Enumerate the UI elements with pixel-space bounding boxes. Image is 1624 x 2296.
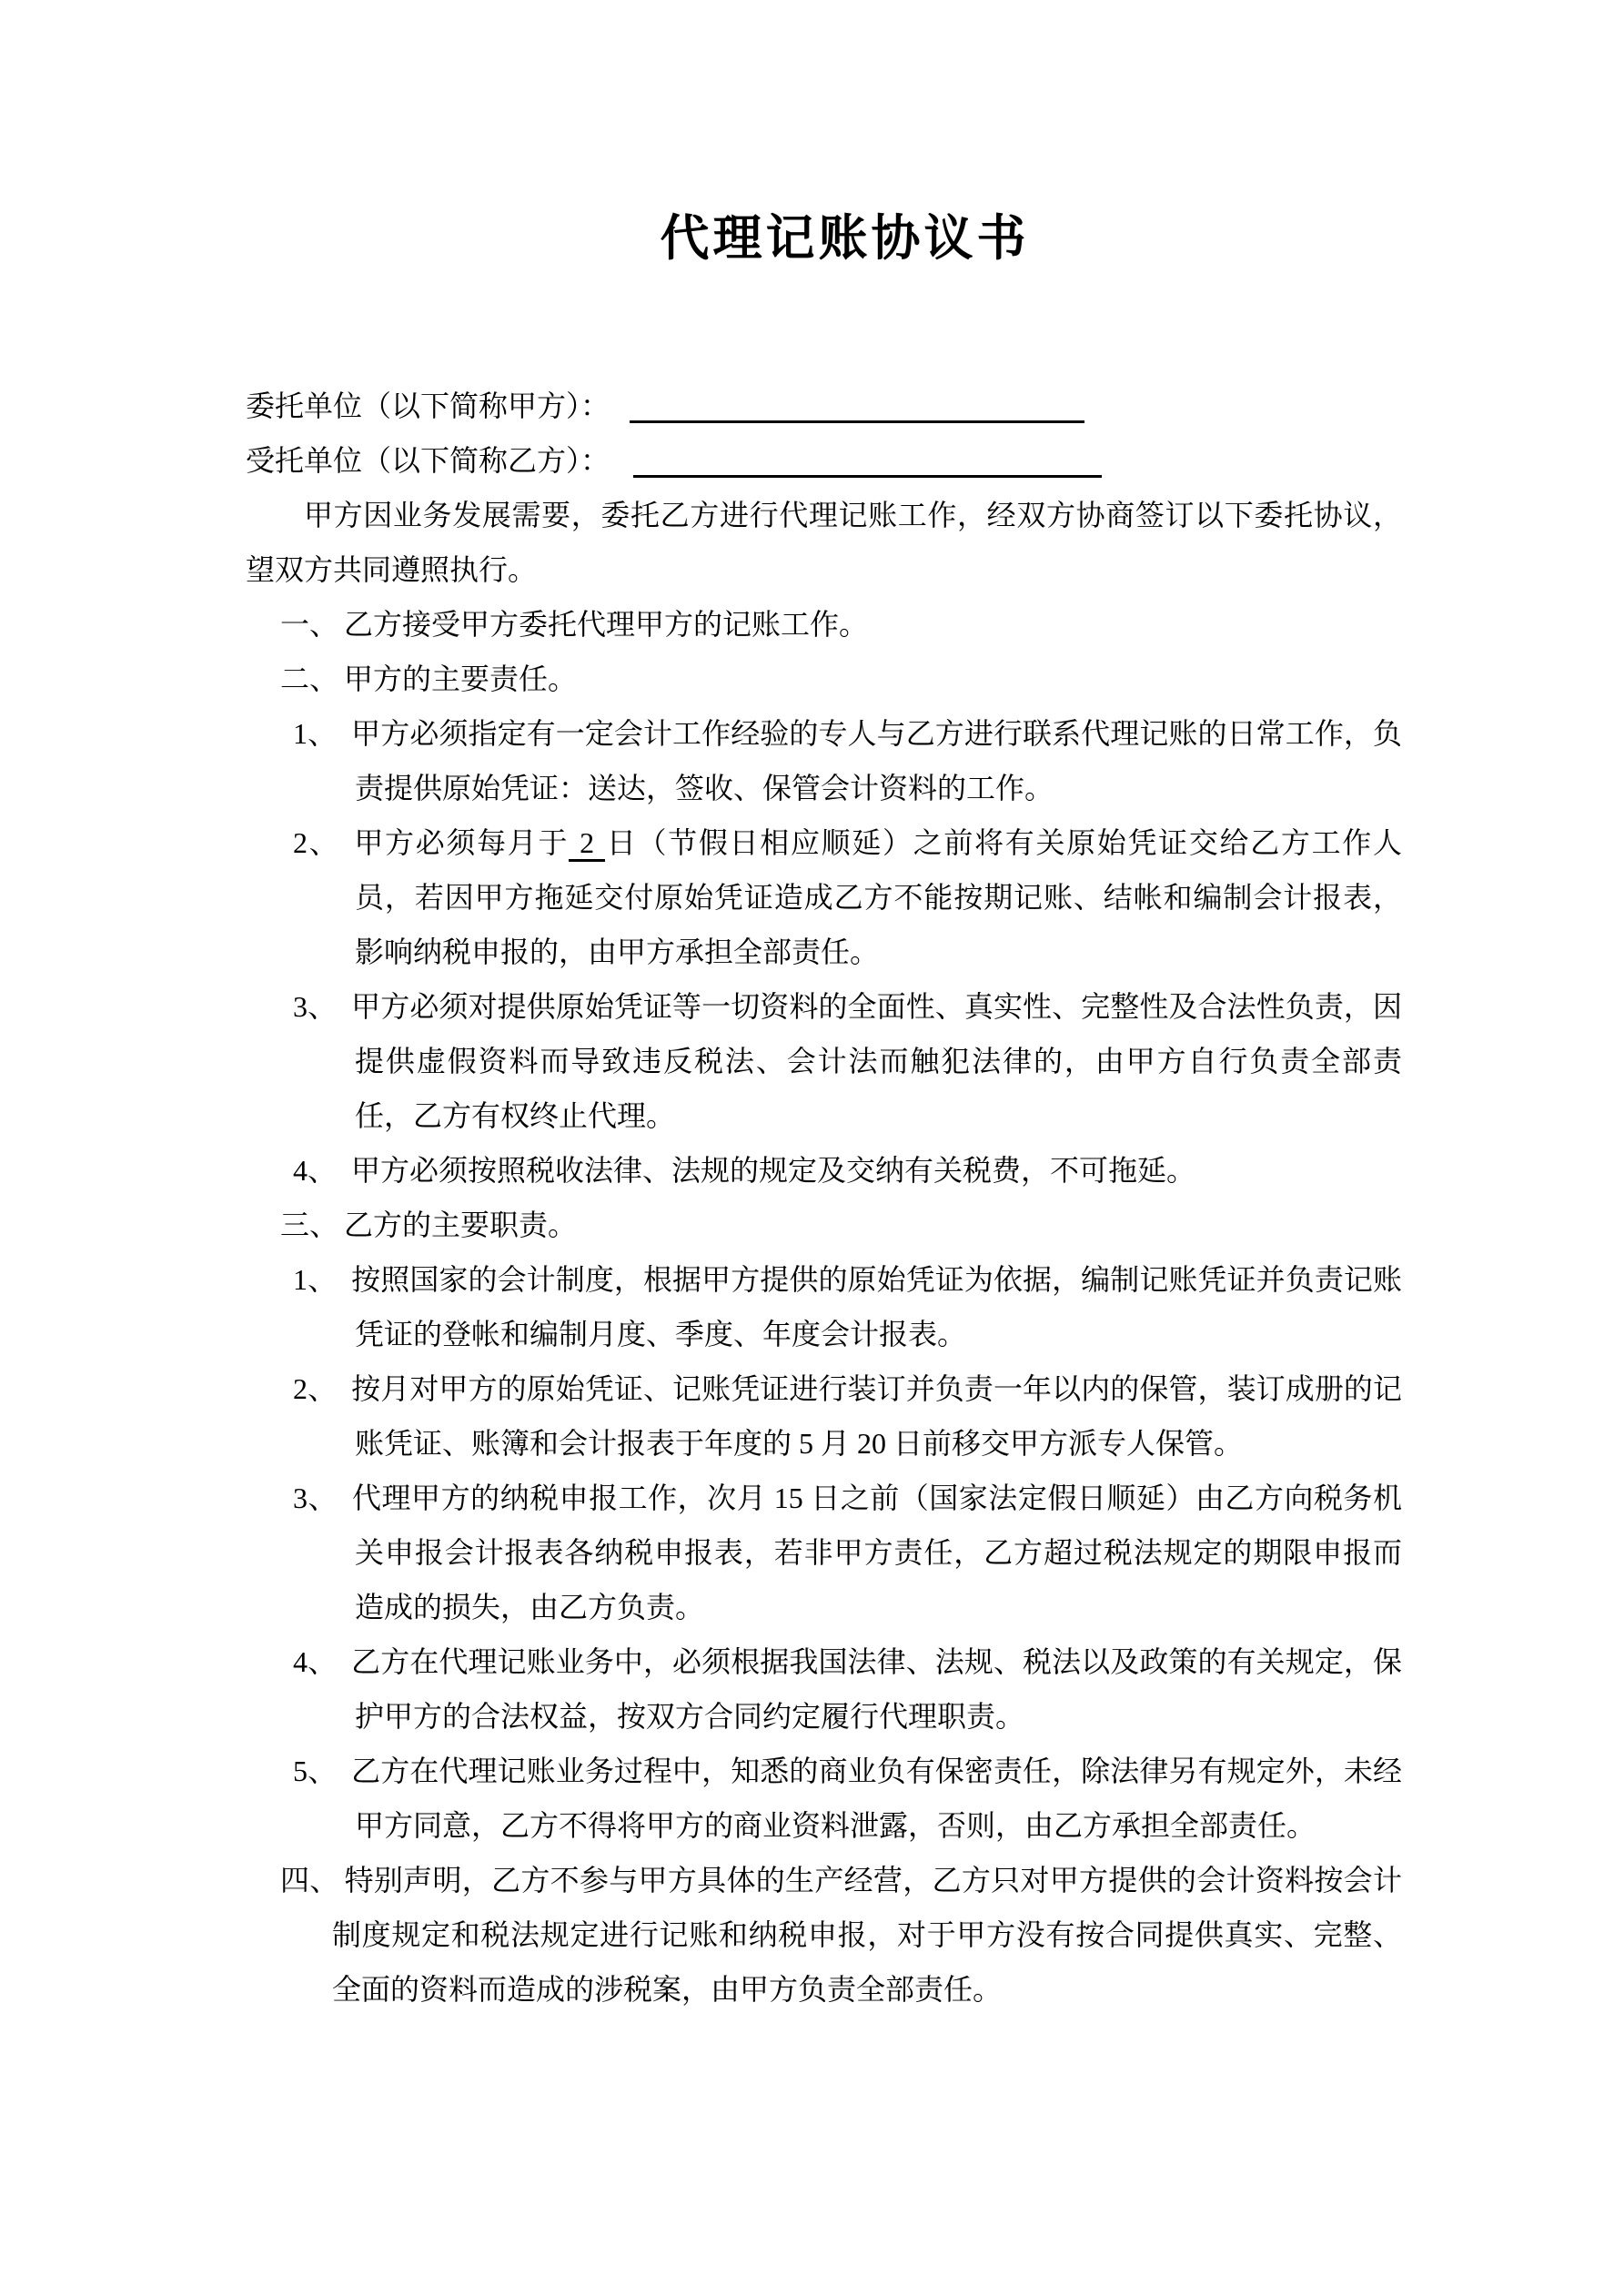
item-list: 1、按照国家的会计制度，根据甲方提供的原始凭证为依据，编制记账凭证并负责记账凭证…: [246, 1252, 1402, 1853]
text-run: 甲方必须每月于: [354, 826, 569, 859]
intro-paragraph: 甲方因业务发展需要，委托乙方进行代理记账工作，经双方协商签订以下委托协议，望双方…: [246, 488, 1402, 597]
section-heading: 二、甲方的主要责任。: [246, 652, 1402, 706]
section-heading-text: 乙方的主要职责。: [344, 1209, 577, 1241]
item-number: 5、: [293, 1755, 351, 1787]
text-run: 甲方必须指定有一定会计工作经验的专人与乙方进行联系代理记账的日常工作，负责提供原…: [351, 717, 1402, 804]
section: 三、乙方的主要职责。 1、按照国家的会计制度，根据甲方提供的原始凭证为依据，编制…: [246, 1198, 1402, 1853]
clause-item: 4、甲方必须按照税收法律、法规的规定及交纳有关税费，不可拖延。: [246, 1143, 1402, 1198]
item-number: 2、: [293, 1372, 351, 1405]
text-run: 乙方在代理记账业务中，必须根据我国法律、法规、税法以及政策的有关规定，保护甲方的…: [351, 1645, 1402, 1733]
clause-item: 1、甲方必须指定有一定会计工作经验的专人与乙方进行联系代理记账的日常工作，负责提…: [246, 706, 1402, 815]
clause-item: 1、按照国家的会计制度，根据甲方提供的原始凭证为依据，编制记账凭证并负责记账凭证…: [246, 1252, 1402, 1361]
section-number: 二、: [280, 663, 344, 695]
clause-item: 3、代理甲方的纳税申报工作，次月 15 日之前（国家法定假日顺延）由乙方向税务机…: [246, 1471, 1402, 1634]
party-list: 委托单位（以下简称甲方）： 受托单位（以下简称乙方）：: [246, 379, 1402, 488]
party-label: 委托单位（以下简称甲方）：: [246, 389, 610, 422]
section: 四、特别声明，乙方不参与甲方具体的生产经营，乙方只对甲方提供的会计资料按会计制度…: [246, 1853, 1402, 2017]
item-text: 甲方必须每月于2日（节假日相应顺延）之前将有关原始凭证交给乙方工作人员，若因甲方…: [354, 826, 1402, 968]
item-text: 甲方必须指定有一定会计工作经验的专人与乙方进行联系代理记账的日常工作，负责提供原…: [351, 717, 1402, 804]
item-text: 代理甲方的纳税申报工作，次月 15 日之前（国家法定假日顺延）由乙方向税务机关申…: [352, 1482, 1402, 1623]
underlined-value: 2: [569, 826, 605, 862]
item-list: 1、甲方必须指定有一定会计工作经验的专人与乙方进行联系代理记账的日常工作，负责提…: [246, 706, 1402, 1198]
text-run: 甲方必须对提供原始凭证等一切资料的全面性、真实性、完整性及合法性负责，因提供虚假…: [351, 990, 1402, 1132]
text-run: 按月对甲方的原始凭证、记账凭证进行装订并负责一年以内的保管，装订成册的记账凭证、…: [351, 1372, 1402, 1460]
party-blank-line: [633, 446, 1102, 478]
section-list: 一、乙方接受甲方委托代理甲方的记账工作。 二、甲方的主要责任。 1、甲方必须指定…: [246, 597, 1402, 2017]
text-run: 甲方必须按照税收法律、法规的规定及交纳有关税费，不可拖延。: [351, 1154, 1195, 1187]
item-number: 1、: [293, 1263, 351, 1296]
section-heading-text: 甲方的主要责任。: [344, 663, 577, 695]
party-line: 委托单位（以下简称甲方）：: [246, 379, 1402, 433]
clause-item: 2、甲方必须每月于2日（节假日相应顺延）之前将有关原始凭证交给乙方工作人员，若因…: [246, 815, 1402, 979]
text-run: 代理甲方的纳税申报工作，次月 15 日之前（国家法定假日顺延）由乙方向税务机关申…: [352, 1482, 1402, 1623]
section: 二、甲方的主要责任。 1、甲方必须指定有一定会计工作经验的专人与乙方进行联系代理…: [246, 652, 1402, 1198]
clause-item: 2、按月对甲方的原始凭证、记账凭证进行装订并负责一年以内的保管，装订成册的记账凭…: [246, 1361, 1402, 1471]
party-line: 受托单位（以下简称乙方）：: [246, 433, 1402, 488]
item-number: 4、: [293, 1154, 351, 1187]
document-title: 代理记账协议书: [0, 0, 1624, 269]
text-run: 乙方在代理记账业务过程中，知悉的商业负有保密责任，除法律另有规定外，未经甲方同意…: [351, 1755, 1402, 1842]
text-run: 按照国家的会计制度，根据甲方提供的原始凭证为依据，编制记账凭证并负责记账凭证的登…: [351, 1263, 1402, 1350]
item-text: 乙方在代理记账业务中，必须根据我国法律、法规、税法以及政策的有关规定，保护甲方的…: [351, 1645, 1402, 1733]
section-heading-text: 乙方接受甲方委托代理甲方的记账工作。: [344, 608, 868, 641]
item-text: 甲方必须对提供原始凭证等一切资料的全面性、真实性、完整性及合法性负责，因提供虚假…: [351, 990, 1402, 1132]
party-blank-line: [630, 391, 1084, 423]
item-number: 1、: [293, 717, 351, 750]
section-heading: 一、乙方接受甲方委托代理甲方的记账工作。: [246, 597, 1402, 652]
section: 一、乙方接受甲方委托代理甲方的记账工作。: [246, 597, 1402, 652]
item-number: 3、: [293, 1482, 352, 1514]
item-text: 甲方必须按照税收法律、法规的规定及交纳有关税费，不可拖延。: [351, 1154, 1195, 1187]
item-text: 按照国家的会计制度，根据甲方提供的原始凭证为依据，编制记账凭证并负责记账凭证的登…: [351, 1263, 1402, 1350]
clause-item: 4、乙方在代理记账业务中，必须根据我国法律、法规、税法以及政策的有关规定，保护甲…: [246, 1634, 1402, 1744]
document-page: 代理记账协议书 委托单位（以下简称甲方）： 受托单位（以下简称乙方）： 甲方因业…: [0, 0, 1624, 2296]
item-number: 3、: [293, 990, 351, 1023]
item-text: 按月对甲方的原始凭证、记账凭证进行装订并负责一年以内的保管，装订成册的记账凭证、…: [351, 1372, 1402, 1460]
item-number: 4、: [293, 1645, 351, 1678]
section-number: 四、: [280, 1864, 345, 1896]
party-label: 受托单位（以下简称乙方）：: [246, 444, 610, 477]
section-number: 三、: [280, 1209, 344, 1241]
section-number: 一、: [280, 608, 344, 641]
section-heading: 四、特别声明，乙方不参与甲方具体的生产经营，乙方只对甲方提供的会计资料按会计制度…: [246, 1853, 1402, 2017]
document-body: 委托单位（以下简称甲方）： 受托单位（以下简称乙方）： 甲方因业务发展需要，委托…: [0, 379, 1624, 2017]
item-number: 2、: [293, 826, 354, 859]
section-heading: 三、乙方的主要职责。: [246, 1198, 1402, 1252]
clause-item: 5、乙方在代理记账业务过程中，知悉的商业负有保密责任，除法律另有规定外，未经甲方…: [246, 1744, 1402, 1853]
clause-item: 3、甲方必须对提供原始凭证等一切资料的全面性、真实性、完整性及合法性负责，因提供…: [246, 979, 1402, 1143]
section-heading-text: 特别声明，乙方不参与甲方具体的生产经营，乙方只对甲方提供的会计资料按会计制度规定…: [332, 1864, 1402, 2006]
item-text: 乙方在代理记账业务过程中，知悉的商业负有保密责任，除法律另有规定外，未经甲方同意…: [351, 1755, 1402, 1842]
